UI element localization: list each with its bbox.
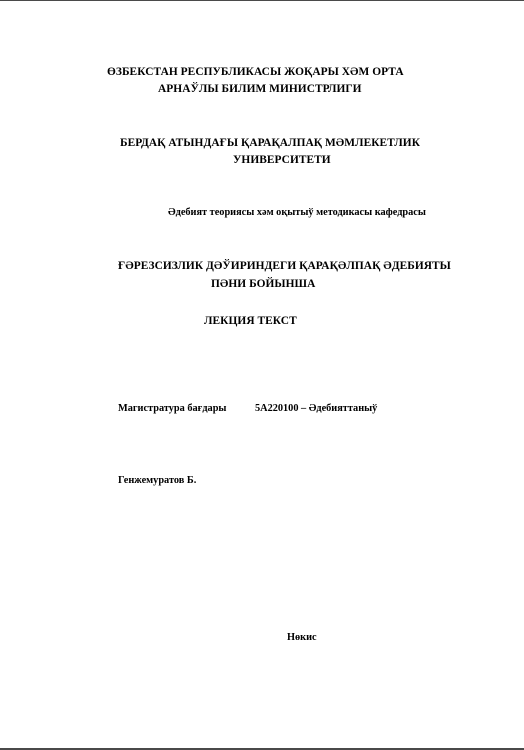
subject-title-line-2: ПӘНИ БОЙЫНША bbox=[211, 279, 315, 290]
university-title-line-1: БЕРДАҚ АТЫНДАҒЫ ҚАРАҚАЛПАҚ МӘМЛЕКЕТЛИК bbox=[120, 138, 420, 149]
program-label: Магистратура бағдары bbox=[118, 404, 226, 414]
document-type-heading: ЛЕКЦИЯ ТЕКСТ bbox=[204, 316, 297, 327]
program-value: 5А220100 – Әдебияттаныў bbox=[255, 404, 377, 414]
ministry-title-line-2: АРНАЎЛЫ БИЛИМ МИНИСТРЛИГИ bbox=[158, 84, 362, 95]
author-name: Генжемуратов Б. bbox=[118, 476, 196, 486]
university-title-line-2: УНИВЕРСИТЕТИ bbox=[233, 155, 331, 166]
ministry-title-line-1: ӨЗБЕКСТАН РЕСПУБЛИКАСЫ ЖОҚАРЫ ХӘМ ОРТА bbox=[107, 67, 404, 78]
document-page: ӨЗБЕКСТАН РЕСПУБЛИКАСЫ ЖОҚАРЫ ХӘМ ОРТА А… bbox=[0, 0, 524, 750]
subject-title-line-1: ҒӘРЕЗСИЗЛИК ДӘЎИРИНДЕГИ ҚАРАҚӘЛПАҚ ӘДЕБИ… bbox=[118, 261, 451, 272]
city-name: Нөкис bbox=[287, 633, 317, 643]
department-name: Әдебият теориясы хәм оқытыў методикасы к… bbox=[168, 208, 426, 218]
